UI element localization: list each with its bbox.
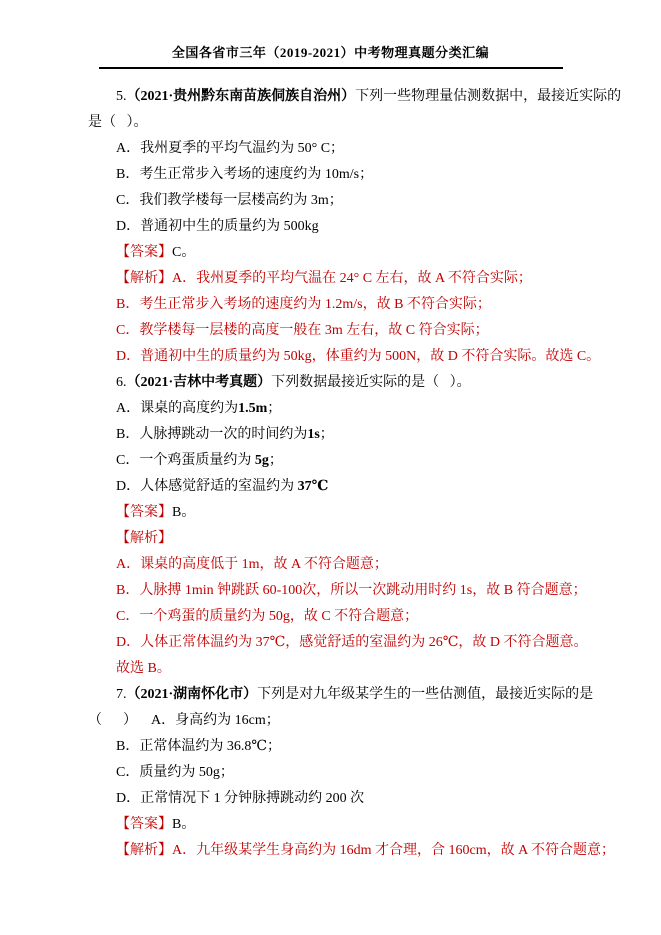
text-run: 1s	[307, 427, 319, 442]
q7-option-d: D．正常情况下 1 分钟脉搏跳动约 200 次	[88, 786, 661, 812]
text-run: A．我州夏季的平均气温约为 50° C；	[116, 141, 344, 156]
text-run: D．普通初中生的质量约为 500kg	[116, 219, 319, 234]
text-run: D．人体感觉舒适的室温约为	[116, 479, 298, 494]
text-run: B。	[172, 817, 195, 832]
text-run: B．正常体温约为 36.8℃；	[116, 739, 281, 754]
text-run: 下列一些物理量估测数据中，最接近实际的	[355, 89, 621, 104]
text-run: D．人体正常体温约为 37℃，感觉舒适的室温约为 26℃，故 D 不符合题意。	[116, 635, 588, 650]
text-run: （2021·湖南怀化市）	[127, 687, 258, 702]
q6-answer: 【答案】B。	[88, 500, 661, 526]
text-run: 【解析】A．九年级某学生身高约为 16dm 才合理，合 160cm，故 A 不符…	[116, 843, 615, 858]
text-run: 5g	[255, 453, 269, 468]
q6-analysis-label: 【解析】	[88, 526, 661, 552]
text-run: （2021·贵州黔东南苗族侗族自治州）	[127, 89, 356, 104]
text-run: B。	[172, 505, 195, 520]
text-run: ；	[269, 453, 283, 468]
q5-analysis-b: B．考生正常步入考场的速度约为 1.2m/s，故 B 不符合实际；	[88, 292, 661, 318]
text-run: B．考生正常步入考场的速度约为 1.2m/s，故 B 不符合实际；	[116, 297, 491, 312]
text-run: 6.	[116, 375, 127, 390]
text-run: C．一个鸡蛋质量约为	[116, 453, 255, 468]
q5-stem-line1: 5.（2021·贵州黔东南苗族侗族自治州）下列一些物理量估测数据中，最接近实际的	[88, 84, 661, 110]
q7-stem-line1: 7.（2021·湖南怀化市）下列是对九年级某学生的一些估测值，最接近实际的是	[88, 682, 661, 708]
text-run: D．正常情况下 1 分钟脉搏跳动约 200 次	[116, 791, 364, 806]
text-run: A．课桌的高度约为	[116, 401, 238, 416]
text-run: 故选 B。	[116, 661, 171, 676]
q5-option-d: D．普通初中生的质量约为 500kg	[88, 214, 661, 240]
text-run: C．教学楼每一层楼的高度一般在 3m 左右，故 C 符合实际；	[116, 323, 489, 338]
q5-option-c: C．我们教学楼每一层楼高约为 3m；	[88, 188, 661, 214]
document-page: 全国各省市三年（2019-2021）中考物理真题分类汇编 5.（2021·贵州黔…	[0, 0, 661, 935]
text-run: B．人脉搏跳动一次的时间约为	[116, 427, 307, 442]
q6-analysis-b: B．人脉搏 1min 钟跳跃 60-100次，所以一次跳动用时约 1s，故 B …	[88, 578, 661, 604]
q5-stem-line2: 是（ ）。	[88, 110, 661, 136]
text-run: C．质量约为 50g；	[116, 765, 234, 780]
text-run: 【解析】A．我州夏季的平均气温在 24° C 左右，故 A 不符合实际；	[116, 271, 532, 286]
text-run: 5.	[116, 89, 127, 104]
text-run: B．考生正常步入考场的速度约为 10m/s；	[116, 167, 373, 182]
text-run: ；	[267, 401, 281, 416]
q5-option-a: A．我州夏季的平均气温约为 50° C；	[88, 136, 661, 162]
text-run: （2021·吉林中考真题）	[127, 375, 272, 390]
q6-option-c: C．一个鸡蛋质量约为 5g；	[88, 448, 661, 474]
text-run: ；	[320, 427, 334, 442]
q7-option-c: C．质量约为 50g；	[88, 760, 661, 786]
q6-analysis-a: A．课桌的高度低于 1m，故 A 不符合题意；	[88, 552, 661, 578]
q6-analysis-d: D．人体正常体温约为 37℃，感觉舒适的室温约为 26℃，故 D 不符合题意。	[88, 630, 661, 656]
text-run: （ ） A．身高约为 16cm；	[88, 713, 280, 728]
text-run: 7.	[116, 687, 127, 702]
q7-answer: 【答案】B。	[88, 812, 661, 838]
q7-analysis-a: 【解析】A．九年级某学生身高约为 16dm 才合理，合 160cm，故 A 不符…	[88, 838, 661, 864]
q6-analysis-c: C．一个鸡蛋的质量约为 50g，故 C 不符合题意；	[88, 604, 661, 630]
text-run: 【解析】	[116, 531, 172, 546]
header-rule	[99, 67, 563, 69]
document-body: 5.（2021·贵州黔东南苗族侗族自治州）下列一些物理量估测数据中，最接近实际的…	[88, 84, 661, 864]
q6-option-d: D．人体感觉舒适的室温约为 37℃	[88, 474, 661, 500]
q5-analysis-c: C．教学楼每一层楼的高度一般在 3m 左右，故 C 符合实际；	[88, 318, 661, 344]
text-run: 【答案】	[116, 817, 172, 832]
text-run: 1.5m	[238, 401, 267, 416]
q5-answer: 【答案】C。	[88, 240, 661, 266]
text-run: 【答案】	[116, 245, 172, 260]
q6-conclusion: 故选 B。	[88, 656, 661, 682]
text-run: C。	[172, 245, 195, 260]
text-run: 下列数据最接近实际的是（ ）。	[271, 375, 471, 390]
q7-option-b: B．正常体温约为 36.8℃；	[88, 734, 661, 760]
q5-analysis-a: 【解析】A．我州夏季的平均气温在 24° C 左右，故 A 不符合实际；	[88, 266, 661, 292]
text-run: 是（ ）。	[88, 115, 148, 130]
text-run: B．人脉搏 1min 钟跳跃 60-100次，所以一次跳动用时约 1s，故 B …	[116, 583, 587, 598]
q5-analysis-d: D．普通初中生的质量约为 50kg，体重约为 500N，故 D 不符合实际。故选…	[88, 344, 661, 370]
text-run: 【答案】	[116, 505, 172, 520]
q5-option-b: B．考生正常步入考场的速度约为 10m/s；	[88, 162, 661, 188]
text-run: C．我们教学楼每一层楼高约为 3m；	[116, 193, 343, 208]
text-run: A．课桌的高度低于 1m，故 A 不符合题意；	[116, 557, 388, 572]
text-run: 下列是对九年级某学生的一些估测值，最接近实际的是	[257, 687, 593, 702]
q6-option-a: A．课桌的高度约为1.5m；	[88, 396, 661, 422]
q7-stem-line2-option-a: （ ） A．身高约为 16cm；	[88, 708, 661, 734]
text-run: D．普通初中生的质量约为 50kg，体重约为 500N，故 D 不符合实际。故选…	[116, 349, 600, 364]
text-run: 37℃	[298, 479, 329, 494]
q6-option-b: B．人脉搏跳动一次的时间约为1s；	[88, 422, 661, 448]
header-title: 全国各省市三年（2019-2021）中考物理真题分类汇编	[0, 42, 661, 61]
text-run: C．一个鸡蛋的质量约为 50g，故 C 不符合题意；	[116, 609, 418, 624]
q6-stem: 6.（2021·吉林中考真题）下列数据最接近实际的是（ ）。	[88, 370, 661, 396]
